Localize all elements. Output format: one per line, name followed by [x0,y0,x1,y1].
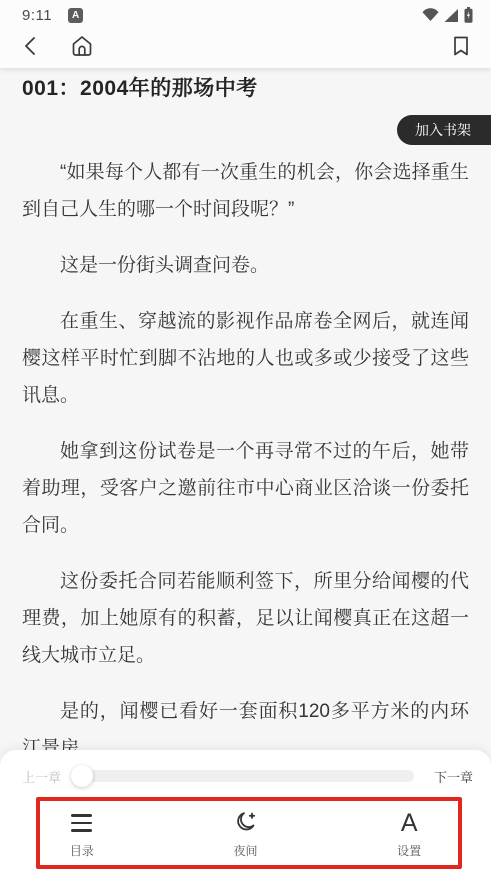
toolbar-item-label: 设置 [397,842,421,859]
paragraph: 这份委托合同若能顺利签下，所里分给闻樱的代理费，加上她原有的积蓄，足以让闻樱真正… [22,563,469,674]
reader-toolbar: 目录 夜间 A 设置 [0,802,491,859]
bookmark-button[interactable] [451,35,471,60]
menu-list-icon [71,810,92,836]
wifi-icon [422,8,439,22]
bookmark-icon [451,35,471,60]
cellular-signal-icon [444,9,459,22]
toolbar-item-label: 目录 [70,842,94,859]
paragraph: 这是一份街头调查问卷。 [22,247,469,284]
battery-charging-icon [464,7,473,23]
slider-thumb[interactable] [71,765,93,787]
toolbar-item-night-mode[interactable]: 夜间 [164,802,328,859]
prev-chapter-button[interactable]: 上一章 [22,767,61,786]
chapter-body: “如果每个人都有一次重生的机会，你会选择重生到自己人生的哪一个时间段呢？” 这是… [22,154,469,823]
app-notification-badge-icon: A [68,8,83,23]
paragraph: 在重生、穿越流的影视作品席卷全网后，就连闻樱这样平时忙到脚不沾地的人也或多或少接… [22,303,469,414]
back-chevron-icon [20,35,42,60]
app-header: 9:11 A [0,0,491,68]
chapter-title: 001：2004年的那场中考 [22,72,469,102]
toolbar-item-settings[interactable]: A 设置 [327,802,491,859]
status-time: 9:11 [22,7,52,24]
back-button[interactable] [20,35,42,60]
home-button[interactable] [70,34,94,61]
toolbar-item-catalog[interactable]: 目录 [0,802,164,859]
chapter-nav-row: 上一章 下一章 [0,750,491,796]
status-bar: 9:11 A [0,0,491,26]
reader-nav-bar [0,26,491,68]
font-settings-icon: A [401,810,418,836]
paragraph: “如果每个人都有一次重生的机会，你会选择重生到自己人生的哪一个时间段呢？” [22,154,469,228]
next-chapter-button[interactable]: 下一章 [434,767,473,786]
slider-track [71,770,414,782]
reading-progress-slider[interactable] [71,765,414,787]
home-icon [70,34,94,61]
toolbar-item-label: 夜间 [234,842,258,859]
paragraph: 她拿到这份试卷是一个再寻常不过的午后，她带着助理，受客户之邀前往市中心商业区洽谈… [22,433,469,544]
reader-bottom-panel: 上一章 下一章 目录 夜间 A 设置 [0,750,491,874]
add-to-bookshelf-button[interactable]: 加入书架 [397,115,491,145]
night-mode-moon-icon [233,810,259,836]
